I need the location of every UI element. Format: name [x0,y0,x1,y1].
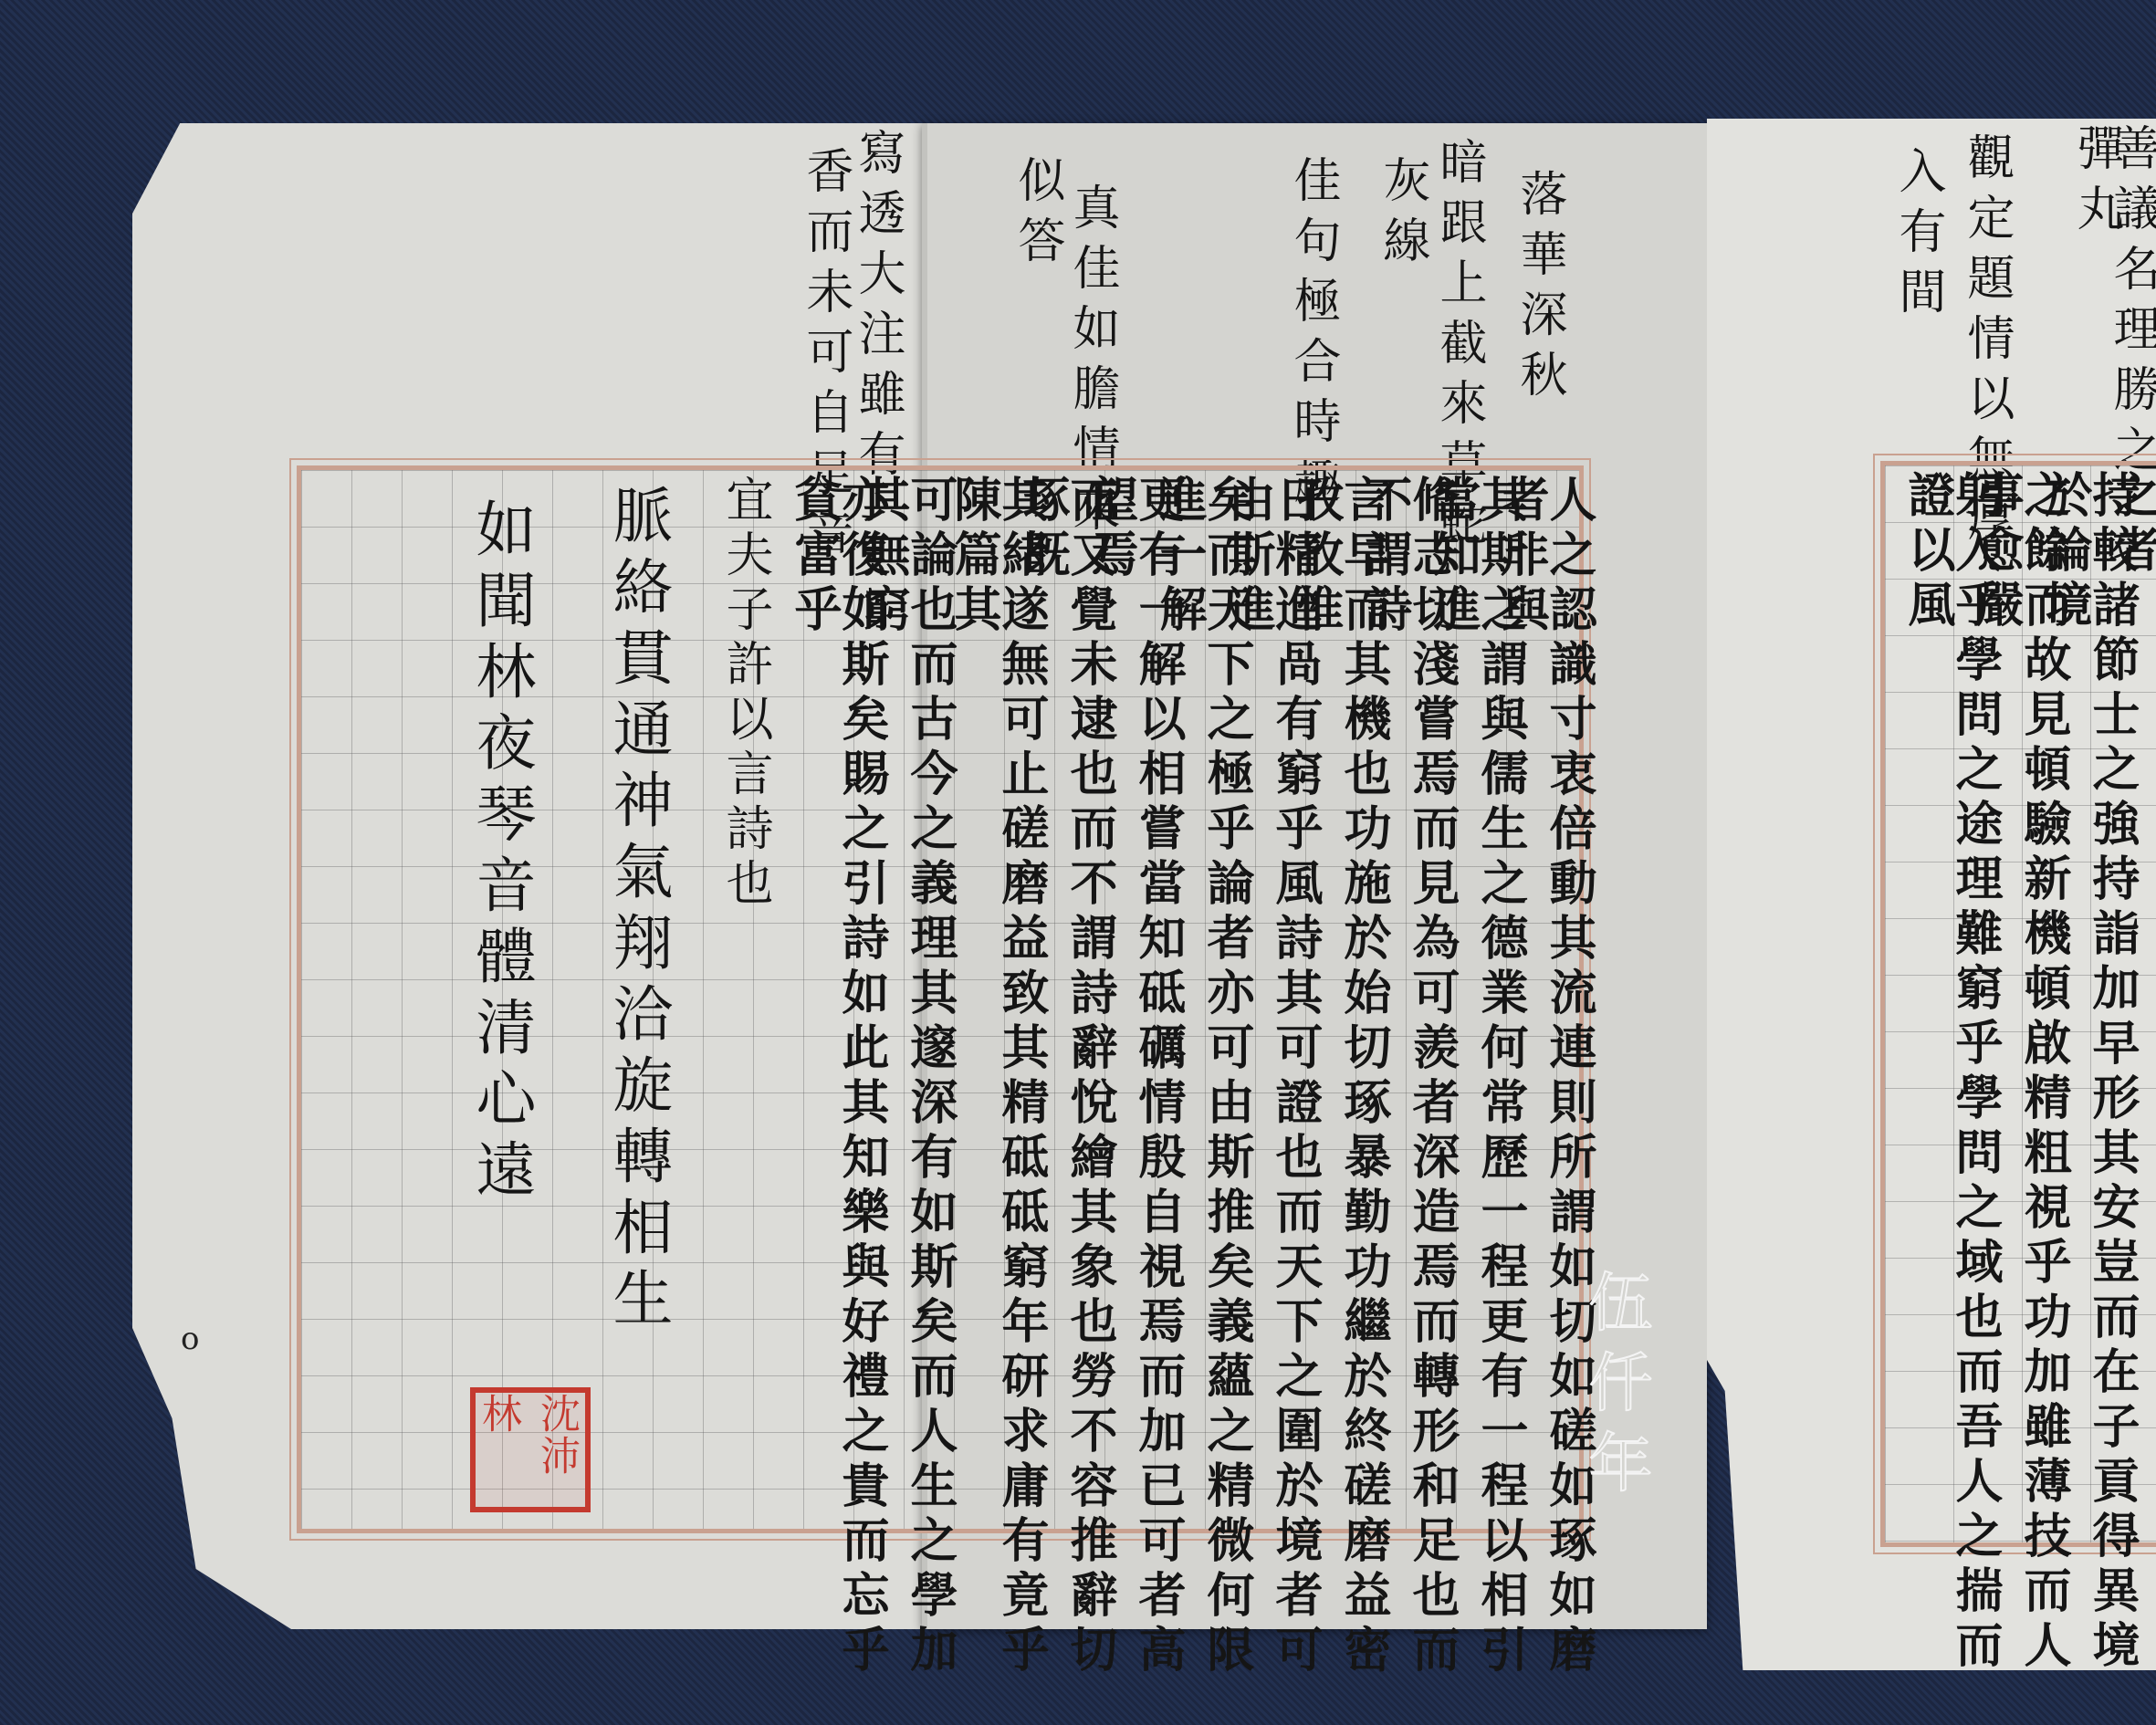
comment-right-4: 入有間 [1894,146,1941,327]
comment-mid-3: 灰線 [1378,155,1426,276]
comment-mid-1: 落華深秋 [1515,169,1563,410]
comment-mid-4: 佳句極合時趣 [1289,155,1336,517]
essay-column: 其緒遂無可止磋磨益致其精砥砥窮年研求庸有竟乎陳篇其 [949,475,1044,1725]
red-seal: 沈沛林 [470,1387,591,1512]
watermark: 伍仟年 [1570,1269,1662,1510]
essay-column: 宜夫子許以言詩也 [721,475,769,913]
poem-line-2: 如聞林夜琴音體清心遠 [470,497,530,1209]
comment-right-2: 彈丸 [2072,123,2119,244]
essay-column: 躬入乎學問之途理難窮乎學問之域也而吾人之揣而證以風 [1903,470,1998,1725]
comment-left-1: 寫透大注雖有 [853,128,901,489]
margin-circle-mark: o [181,1321,199,1357]
essay-column: 亦復如斯矣賜之引詩如此其知樂與好禮之貴而忘乎貧富乎 [790,475,884,1725]
poem-line-1: 脈絡貫通神氣翔洽旋轉相生 [607,484,667,1338]
comment-mid-6: 似答 [1013,155,1061,276]
